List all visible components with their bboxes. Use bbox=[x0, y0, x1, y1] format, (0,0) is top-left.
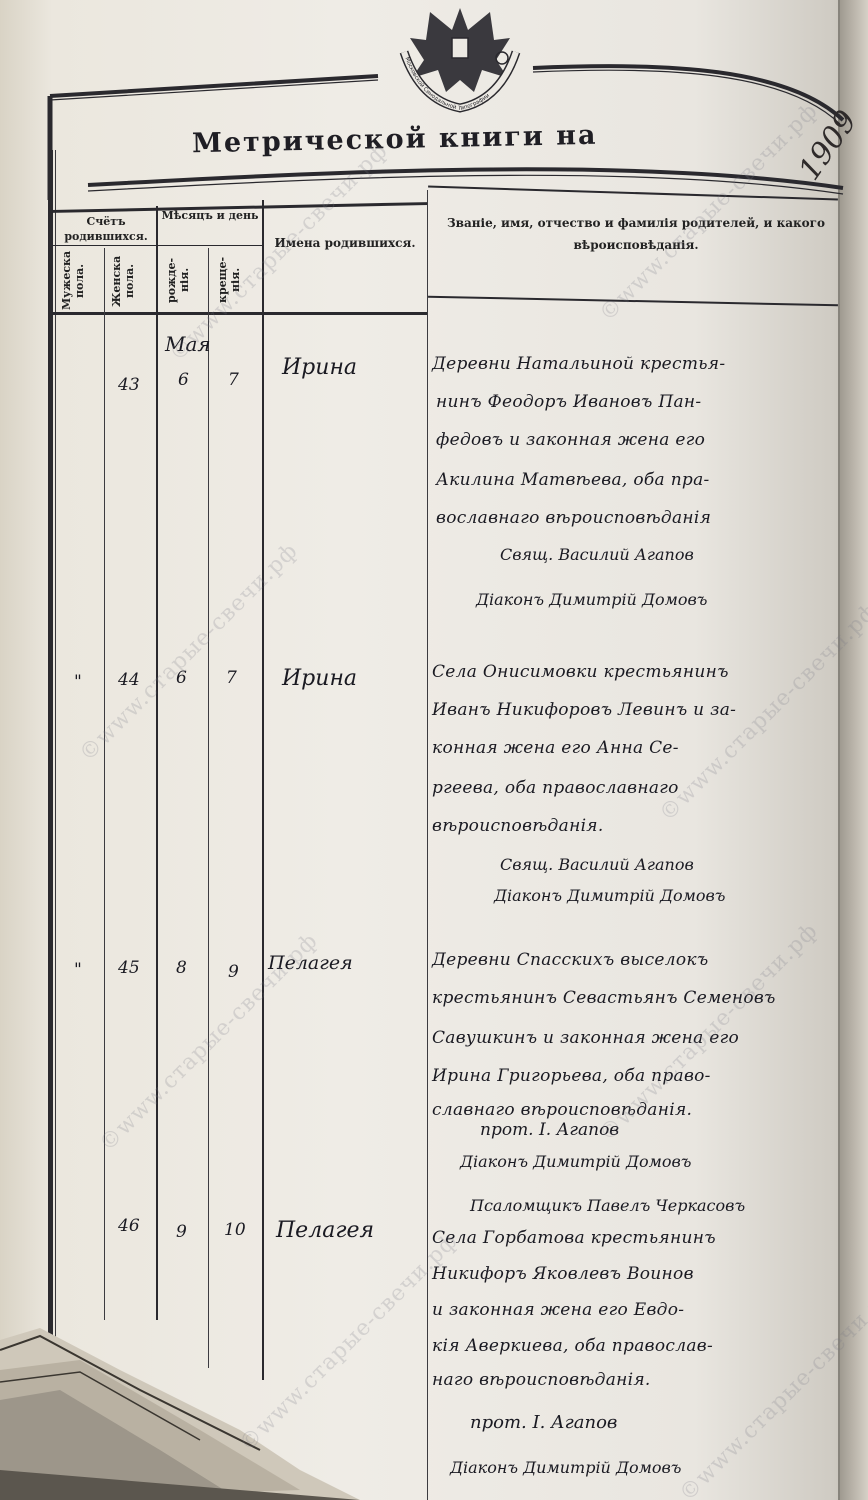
child-name: Ирина bbox=[282, 666, 357, 691]
priest-signature: прот. І. Агапов bbox=[470, 1412, 617, 1433]
double-headed-eagle-emblem: Московской Синодальной Типографии bbox=[390, 0, 530, 115]
parents-line: и законная жена его Евдо- bbox=[432, 1300, 684, 1320]
baptism-day: 7 bbox=[228, 370, 239, 390]
page-gutter bbox=[838, 0, 840, 1500]
psalmist-signature: Псаломщикъ Павелъ Черкасовъ bbox=[470, 1196, 745, 1215]
child-name: Пелагея bbox=[276, 1218, 374, 1243]
parents-line: Села Онисимовки крестьянинъ bbox=[432, 662, 729, 682]
frame-border-left bbox=[48, 150, 53, 1500]
female-count: 45 bbox=[118, 958, 140, 978]
register-page: Московской Синодальной Типографии Метрич… bbox=[0, 0, 868, 1500]
priest-signature: Свящ. Василий Агапов bbox=[500, 545, 694, 564]
parents-line: наго вѣроисповѣданія. bbox=[432, 1370, 651, 1390]
col-divider-male-female bbox=[104, 248, 105, 1320]
baptism-day: 10 bbox=[224, 1220, 246, 1240]
parents-line: вѣроисповѣданія. bbox=[432, 816, 604, 836]
header-count-male: Мужеска пола. bbox=[60, 252, 76, 310]
adjacent-page-edge bbox=[840, 0, 868, 1500]
female-count: 46 bbox=[118, 1216, 140, 1236]
baptism-day: 9 bbox=[228, 962, 239, 982]
priest-signature: Свящ. Василий Агапов bbox=[500, 855, 694, 874]
parents-line: кія Аверкиева, оба православ- bbox=[432, 1336, 713, 1356]
birth-day: 9 bbox=[176, 1222, 187, 1242]
parents-line: Деревни Спасскихъ выселокъ bbox=[432, 950, 709, 970]
deacon-signature: Діаконъ Димитрій Домовъ bbox=[494, 886, 725, 905]
parents-line: ргеева, оба православнаго bbox=[432, 778, 679, 798]
birth-day: 8 bbox=[176, 958, 187, 978]
header-count-group: Счётъ родившихся. bbox=[56, 214, 156, 244]
parents-line: конная жена его Анна Се- bbox=[432, 738, 679, 758]
deacon-signature: Діаконъ Димитрій Домовъ bbox=[450, 1458, 681, 1477]
deacon-signature: Діаконъ Димитрій Домовъ bbox=[476, 590, 707, 609]
parents-line: Акилина Матвѣева, оба пра- bbox=[436, 470, 710, 490]
frame-border-left-inner bbox=[55, 150, 56, 1500]
birth-day: 6 bbox=[178, 370, 189, 390]
deacon-signature: Діаконъ Димитрій Домовъ bbox=[460, 1152, 691, 1171]
baptism-day: 7 bbox=[226, 668, 237, 688]
parents-line: федовъ и законная жена его bbox=[436, 430, 705, 450]
parents-line: Иванъ Никифоровъ Левинъ и за- bbox=[432, 700, 736, 720]
male-count-ditto: " bbox=[74, 672, 82, 692]
col-divider-date-name bbox=[262, 200, 264, 1380]
parents-line: Никифоръ Яковлевъ Воинов bbox=[432, 1264, 694, 1284]
header-count-female: Женска пола. bbox=[110, 252, 150, 310]
header-date-group: Мѣсяцъ и день bbox=[158, 208, 262, 223]
header-date-birth: рожде-нія. bbox=[165, 252, 201, 308]
col-divider-name-parents bbox=[427, 190, 428, 1500]
torn-page-stack bbox=[0, 1320, 360, 1500]
child-name: Ирина bbox=[282, 355, 357, 380]
male-count-ditto: " bbox=[74, 960, 82, 980]
header-bottom-rule-left bbox=[52, 312, 428, 315]
parents-line: нинъ Феодоръ Ивановъ Пан- bbox=[436, 392, 701, 412]
col-divider-count-date bbox=[156, 206, 158, 1320]
watermark: ©www.старые-свечи.рф bbox=[75, 538, 303, 766]
parents-line: вославнаго вѣроисповѣданія bbox=[436, 508, 711, 528]
col-divider-birth-baptism bbox=[208, 248, 209, 1368]
female-count: 43 bbox=[118, 375, 140, 395]
parents-line: Села Горбатова крестьянинъ bbox=[432, 1228, 716, 1248]
parents-line: Деревни Натальиной крестья- bbox=[432, 354, 725, 374]
header-parents: Званіе, имя, отчество и фамилія родителе… bbox=[436, 212, 836, 256]
